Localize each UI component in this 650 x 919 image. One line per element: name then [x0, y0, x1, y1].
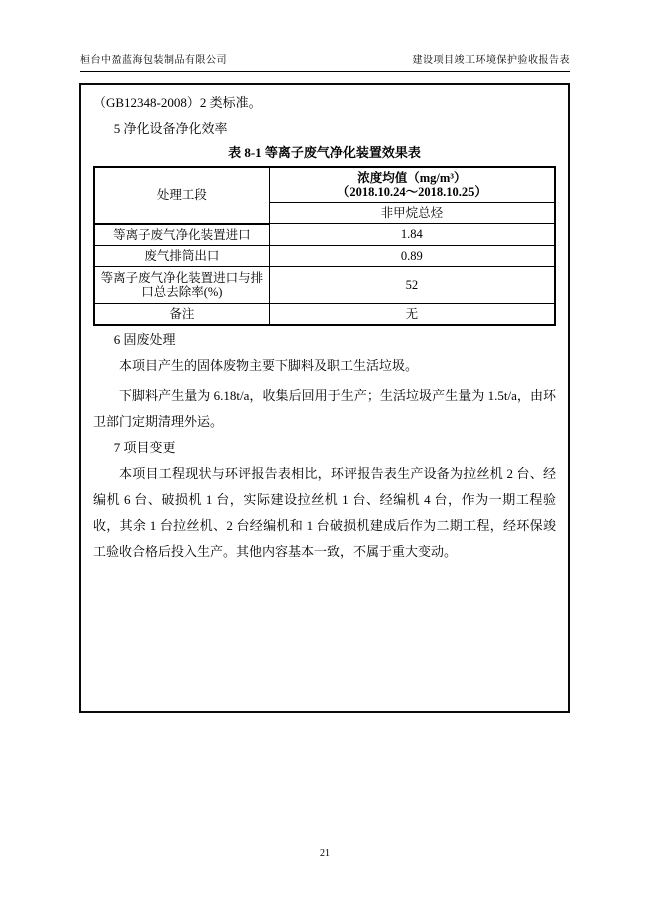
table-row: 等离子废气净化装置进口与排口总去除率(%) 52 — [94, 266, 555, 303]
row-label: 等离子废气净化装置进口与排口总去除率(%) — [94, 266, 269, 303]
gb-standard-line: （GB12348-2008）2 类标准。 — [93, 90, 556, 116]
table-col1-header: 处理工段 — [94, 167, 269, 224]
row-value: 0.89 — [269, 245, 555, 266]
header-company-name: 桓台中盈蓝海包装制品有限公司 — [80, 51, 227, 66]
purification-effect-table: 处理工段 浓度均值（mg/m³） （2018.10.24～2018.10.25）… — [93, 166, 556, 326]
section6-paragraph-1: 本项目产生的固体废物主要下脚料及职工生活垃圾。 — [93, 353, 556, 379]
row-value: 1.84 — [269, 224, 555, 246]
section6-paragraph-2: 下脚料产生量为 6.18t/a，收集后回用于生产；生活垃圾产生量为 1.5t/a… — [93, 383, 556, 435]
row-label: 废气排筒出口 — [94, 245, 269, 266]
section5-heading: 5 净化设备净化效率 — [93, 116, 556, 142]
pollutant-name-cell: 非甲烷总烃 — [269, 203, 555, 224]
header-report-title: 建设项目竣工环境保护验收报告表 — [413, 51, 571, 66]
section6-heading: 6 固废处理 — [93, 327, 556, 353]
table-col2-header: 浓度均值（mg/m³） （2018.10.24～2018.10.25） — [269, 167, 555, 203]
concentration-header-line2: （2018.10.24～2018.10.25） — [274, 185, 550, 199]
document-page: 桓台中盈蓝海包装制品有限公司 建设项目竣工环境保护验收报告表 （GB12348-… — [0, 0, 650, 919]
page-number: 21 — [320, 848, 330, 859]
table-row: 废气排筒出口 0.89 — [94, 245, 555, 266]
section7-paragraph-1: 本项目工程现状与环评报告表相比，环评报告表生产设备为拉丝机 2 台、经编机 6 … — [93, 461, 556, 565]
row-value: 无 — [269, 303, 555, 325]
table-row: 备注 无 — [94, 303, 555, 325]
page-header: 桓台中盈蓝海包装制品有限公司 建设项目竣工环境保护验收报告表 — [80, 51, 570, 72]
concentration-header-line1: 浓度均值（mg/m³） — [274, 171, 550, 185]
table-caption: 表 8-1 等离子废气净化装置效果表 — [93, 143, 556, 163]
row-label: 等离子废气净化装置进口 — [94, 224, 269, 246]
table-row: 等离子废气净化装置进口 1.84 — [94, 224, 555, 246]
section7-heading: 7 项目变更 — [93, 435, 556, 461]
page-footer: 21 — [0, 848, 650, 859]
table-header-row: 处理工段 浓度均值（mg/m³） （2018.10.24～2018.10.25） — [94, 167, 555, 203]
content-frame: （GB12348-2008）2 类标准。 5 净化设备净化效率 表 8-1 等离… — [79, 83, 570, 713]
row-label: 备注 — [94, 303, 269, 325]
row-value: 52 — [269, 266, 555, 303]
